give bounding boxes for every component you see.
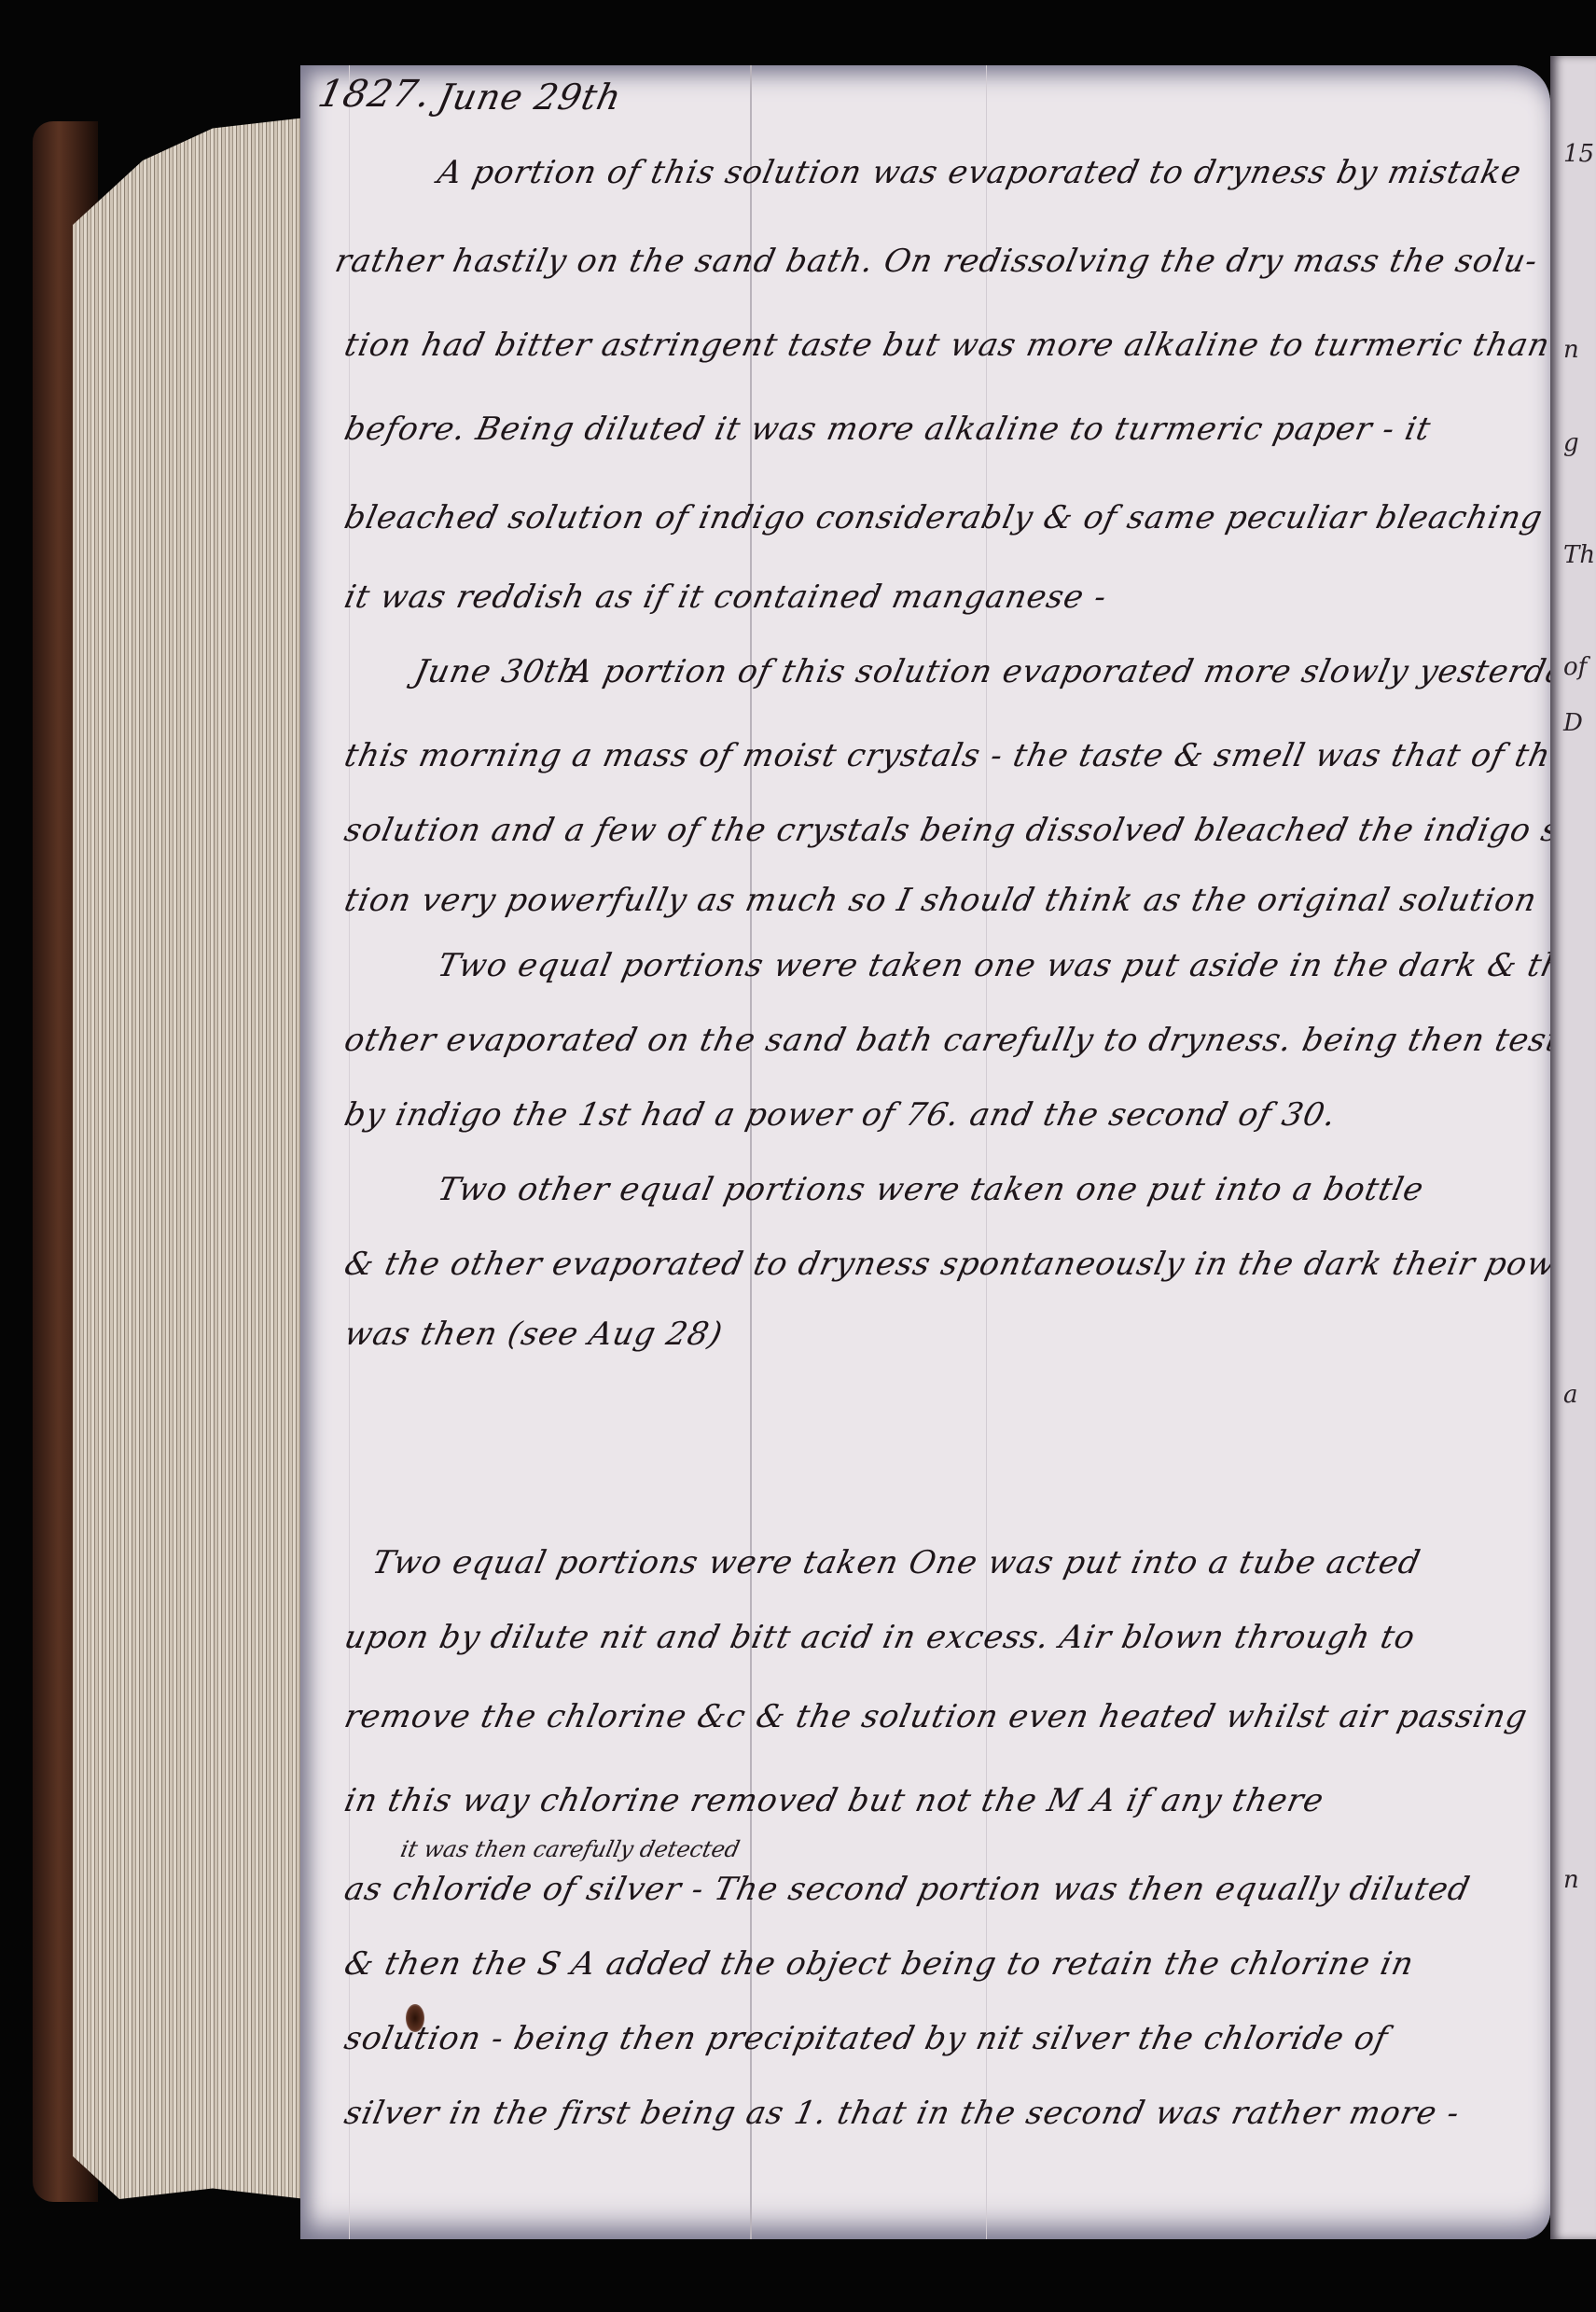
text-line: was then (see Aug 28) bbox=[341, 1316, 727, 1353]
text-line: silver in the first being as 1. that in … bbox=[341, 2095, 1464, 2132]
text-line: A portion of this solution evaporated mo… bbox=[565, 653, 1596, 690]
year-heading: 1827. bbox=[314, 73, 435, 116]
text-line: solution - being then precipitated by ni… bbox=[341, 2020, 1392, 2057]
text-line: remove the chlorine &c & the solution ev… bbox=[341, 1698, 1532, 1735]
text-line: & then the S A added the object being to… bbox=[341, 1945, 1418, 1983]
ink-blot bbox=[406, 2004, 424, 2032]
entry-date: June 29th bbox=[434, 77, 625, 118]
text-line: in this way chlorine removed but not the… bbox=[341, 1782, 1327, 1819]
facing-page-edge: 15 n g Th of D a n bbox=[1550, 56, 1596, 2239]
text-line: tion very powerfully as much so I should… bbox=[341, 882, 1541, 919]
text-line: as chloride of silver - The second porti… bbox=[341, 1871, 1474, 1908]
text-line: rather hastily on the sand bath. On redi… bbox=[332, 243, 1542, 280]
text-line: before. Being diluted it was more alkali… bbox=[341, 411, 1435, 448]
facing-fragment: of bbox=[1563, 653, 1587, 681]
text-line: it was reddish as if it contained mangan… bbox=[341, 578, 1111, 616]
facing-fragment: n bbox=[1563, 1866, 1579, 1894]
text-line: bleached solution of indigo considerably… bbox=[341, 499, 1596, 536]
text-line: upon by dilute nit and bitt acid in exce… bbox=[341, 1619, 1419, 1656]
text-line: solution and a few of the crystals being… bbox=[341, 812, 1596, 849]
facing-fragment: g bbox=[1563, 429, 1579, 457]
text-line: tion had bitter astringent taste but was… bbox=[341, 327, 1554, 364]
facing-fragment: a bbox=[1563, 1381, 1578, 1409]
facing-fragment: Th bbox=[1563, 541, 1595, 569]
page-edges bbox=[73, 75, 306, 2221]
text-line: Two other equal portions were taken one … bbox=[435, 1171, 1427, 1208]
notebook-page bbox=[300, 65, 1550, 2239]
text-line: Two equal portions were taken one was pu… bbox=[435, 947, 1587, 984]
text-line: this morning a mass of moist crystals - … bbox=[341, 737, 1575, 774]
text-line: Two equal portions were taken One was pu… bbox=[369, 1544, 1424, 1581]
text-line: other evaporated on the sand bath carefu… bbox=[341, 1022, 1596, 1059]
facing-fragment: D bbox=[1563, 709, 1583, 737]
text-line: by indigo the 1st had a power of 76. and… bbox=[341, 1096, 1340, 1134]
margin-rule bbox=[349, 65, 350, 2239]
text-line: A portion of this solution was evaporate… bbox=[435, 154, 1525, 191]
facing-fragment: 15 bbox=[1563, 140, 1594, 168]
interlinear-insertion: it was then carefully detected bbox=[398, 1836, 742, 1862]
facing-fragment: n bbox=[1563, 336, 1579, 364]
text-line: & the other evaporated to dryness sponta… bbox=[341, 1246, 1595, 1283]
